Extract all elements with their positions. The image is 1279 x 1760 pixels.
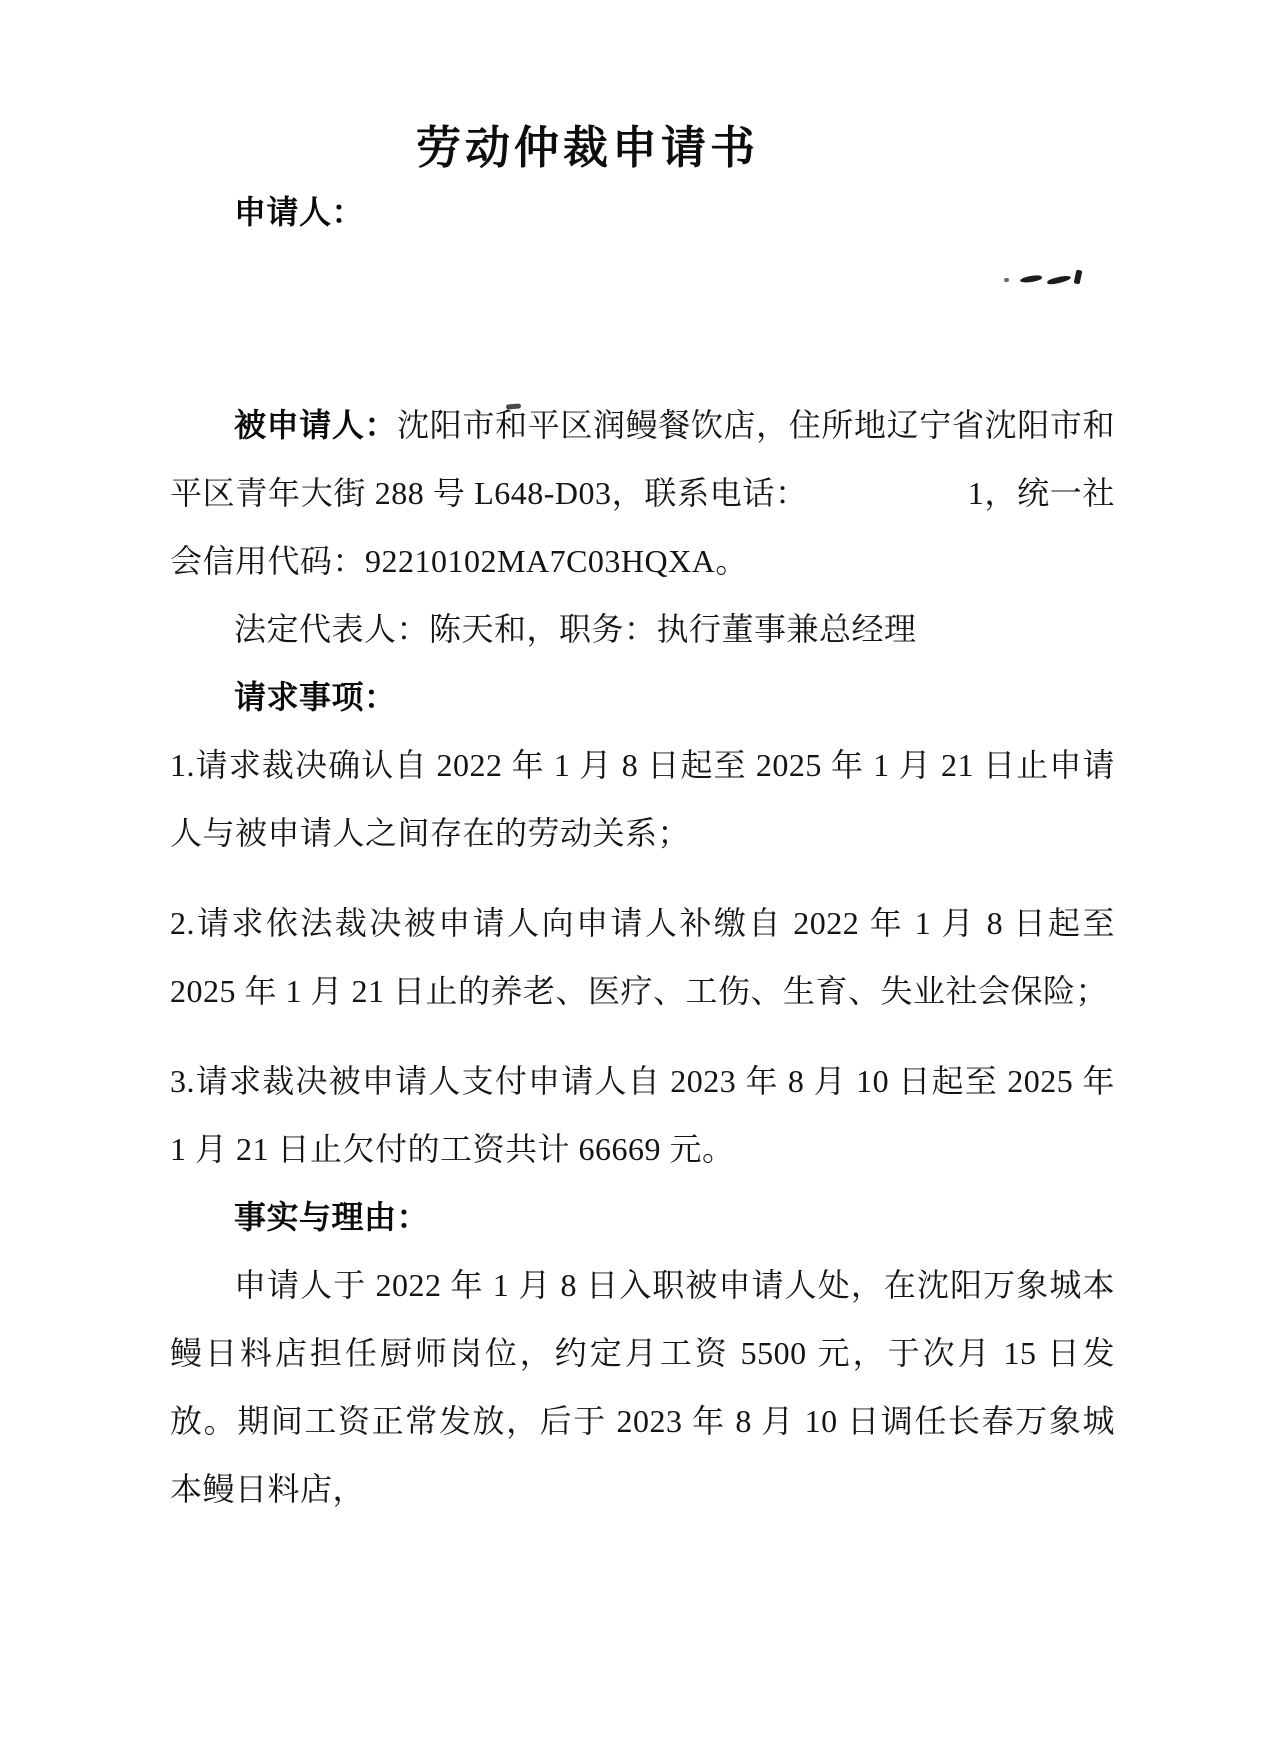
- respondent-paragraph: 被申请人：沈阳市和平区润鳗餐饮店，住所地辽宁省沈阳市和平区青年大街 288 号 …: [170, 391, 1115, 595]
- scanned-document-page: 劳动仲裁申请书 申请人： 被申请人：沈阳市和平区润鳗餐饮店，住所地辽宁省沈阳市和…: [0, 0, 1279, 1760]
- claim-item-1: 1.请求裁决确认自 2022 年 1 月 8 日起至 2025 年 1 月 21…: [170, 731, 1115, 867]
- claim-item-3: 3.请求裁决被申请人支付申请人自 2023 年 8 月 10 日起至 2025 …: [170, 1047, 1115, 1183]
- document-content: 劳动仲裁申请书 申请人： 被申请人：沈阳市和平区润鳗餐饮店，住所地辽宁省沈阳市和…: [170, 0, 1115, 1523]
- claim-item-2: 2.请求依法裁决被申请人向申请人补缴自 2022 年 1 月 8 日起至 202…: [170, 889, 1115, 1025]
- facts-paragraph: 申请人于 2022 年 1 月 8 日入职被申请人处，在沈阳万象城本鳗日料店担任…: [170, 1251, 1115, 1523]
- phone-remnant: 1，: [968, 475, 1017, 511]
- document-title: 劳动仲裁申请书: [115, 118, 1060, 178]
- redacted-phone-gap: [808, 503, 968, 504]
- applicant-label: 申请人：: [234, 194, 364, 230]
- applicant-line: 申请人：: [170, 178, 1115, 246]
- facts-heading-label: 事实与理由：: [234, 1199, 429, 1235]
- redacted-applicant-info: [170, 246, 1115, 391]
- respondent-label: 被申请人：: [234, 407, 397, 443]
- claims-heading: 请求事项：: [170, 663, 1115, 731]
- claims-heading-label: 请求事项：: [234, 679, 397, 715]
- legal-rep-line: 法定代表人：陈天和，职务：执行董事兼总经理: [170, 595, 1115, 663]
- facts-heading: 事实与理由：: [170, 1183, 1115, 1251]
